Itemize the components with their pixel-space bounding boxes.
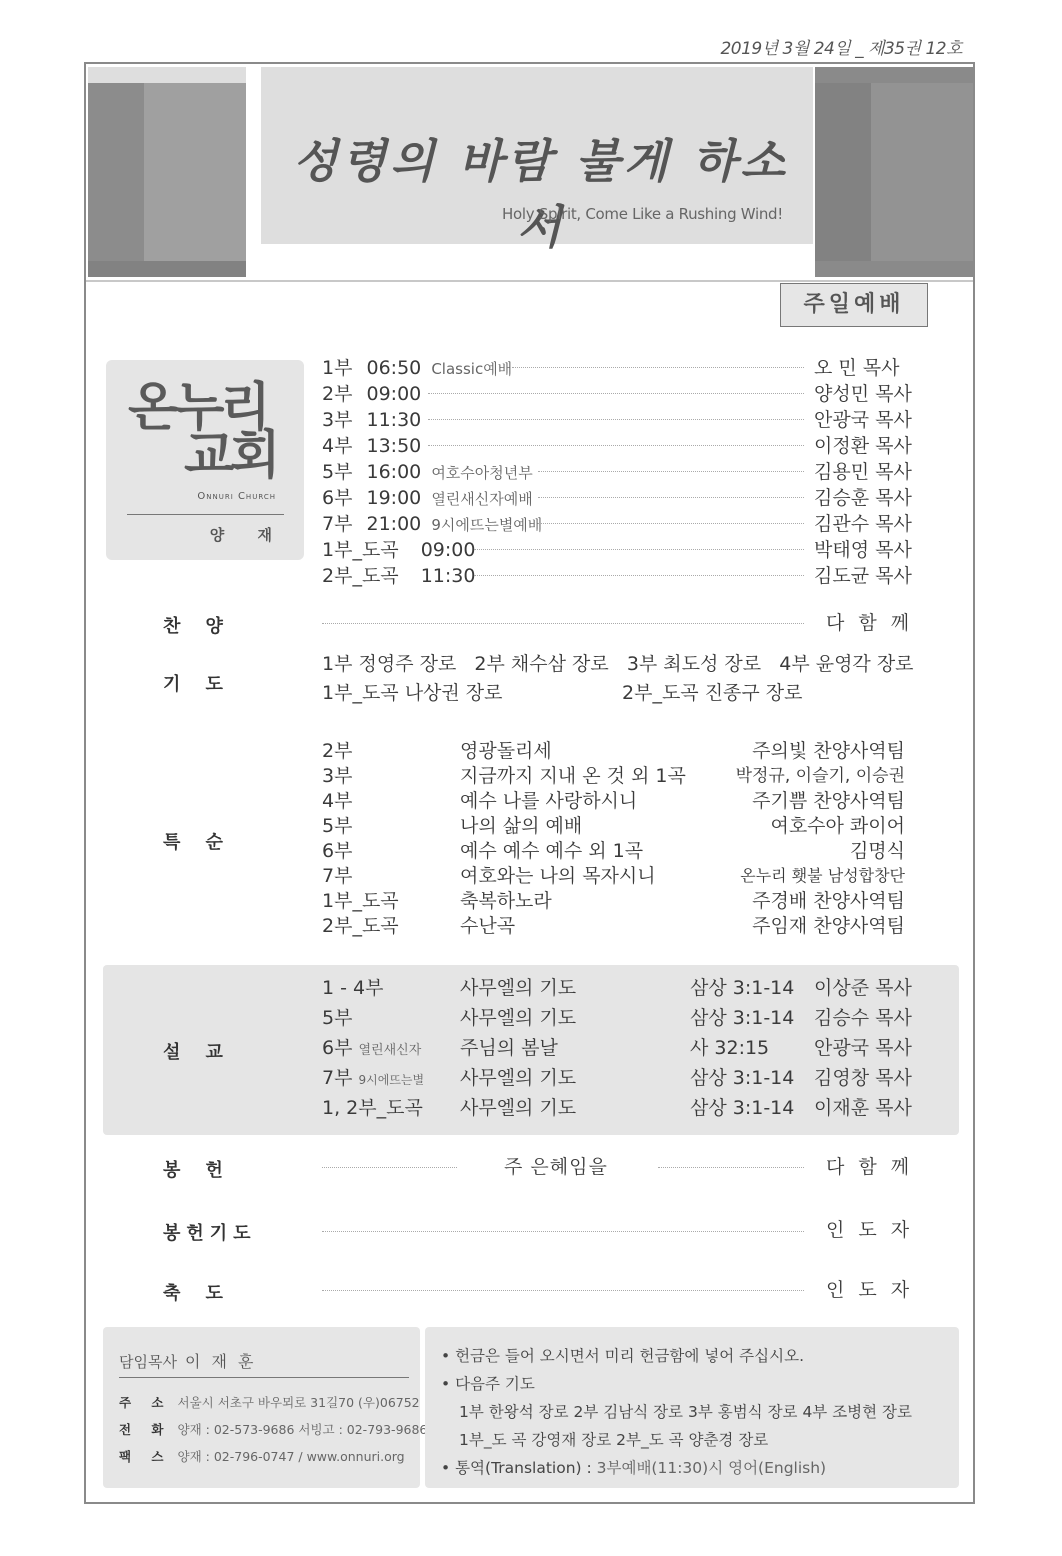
sermon-scripture: 사 32:15 (690, 1036, 769, 1060)
issue-date-line: 2019년 3월 24일 _ 제35권 12호 (720, 34, 962, 59)
special-performer: 주경배 찬양사역팀 (752, 889, 905, 913)
notice-next-prayer: • 다음주 기도 (441, 1372, 535, 1394)
benediction-value: 인 도 자 (826, 1278, 913, 1302)
prayer-line1: 1부 정영주 장로 2부 채수삼 장로 3부 최도성 장로 4부 윤영각 장로 (322, 652, 914, 676)
address-row: 주 소서울시 서초구 바우뫼로 31길70 (우)06752 (119, 1393, 420, 1411)
special-performer: 여호수아 콰이어 (770, 814, 905, 838)
special-part: 2부_도곡 (322, 914, 399, 938)
service-part: 5부 (322, 461, 352, 483)
service-row: 5부 16:00 여호수아청년부 (322, 460, 533, 485)
offering-value: 다 함 께 (826, 1155, 913, 1179)
service-note: 9시에뜨는별예배 (431, 516, 542, 534)
sermon-label: 설 교 (163, 1038, 223, 1064)
service-pastor: 박태영 목사 (814, 538, 912, 562)
offering-hymn: 주 은혜임을 (504, 1155, 608, 1179)
service-time: 21:00 (367, 513, 422, 535)
section-tab-sunday-worship: 주일예배 (780, 283, 928, 327)
special-title: 지금까지 지내 온 것 외 1곡 (460, 764, 686, 788)
service-pastor: 김승훈 목사 (814, 486, 912, 510)
prayer-label: 기 도 (163, 670, 223, 696)
special-performer: 주의빛 찬양사역팀 (752, 739, 905, 763)
sermon-preacher: 김영창 목사 (814, 1066, 912, 1090)
notice-translation: • 통역(Translation) : 3부예배(11:30)시 영어(Engl… (441, 1456, 826, 1478)
info-divider (119, 1377, 409, 1378)
sermon-title: 사무엘의 기도 (460, 1066, 576, 1090)
sermon-scripture: 삼상 3:1-14 (690, 1066, 794, 1090)
phone-row: 전 화양재 : 02-573-9686 서빙고 : 02-793-9686 (119, 1420, 427, 1438)
header-banner: 성령의 바람 불게 하소서 Holy Spirit, Come Like a R… (261, 67, 813, 244)
special-title: 예수 나를 사랑하시니 (460, 789, 637, 813)
sermon-title: 주님의 봄날 (460, 1036, 558, 1060)
special-part: 6부 (322, 839, 352, 863)
service-note: Classic예배 (431, 360, 512, 378)
service-row: 7부 21:00 9시에뜨는별예배 (322, 512, 542, 537)
sermon-title: 사무엘의 기도 (460, 1006, 576, 1030)
special-part: 3부 (322, 764, 352, 788)
sermon-scripture: 삼상 3:1-14 (690, 976, 794, 1000)
service-time: 19:00 (367, 487, 422, 509)
special-title: 나의 삶의 예배 (460, 814, 582, 838)
logo-english: Onnuri Church (197, 491, 276, 502)
next-prayer-line1: 1부 한왕석 장로 2부 김남식 장로 3부 홍범식 장로 4부 조병현 장로 (459, 1400, 912, 1422)
special-part: 4부 (322, 789, 352, 813)
service-time: 09:00 (367, 383, 422, 405)
service-part: 6부 (322, 487, 352, 509)
header-decor-right (815, 67, 973, 277)
sermon-preacher: 이재훈 목사 (814, 1096, 912, 1120)
prayer-line2b: 2부_도곡 진종구 장로 (622, 681, 803, 705)
sermon-part: 7부 9시에뜨는별 (322, 1066, 424, 1092)
special-part: 2부 (322, 739, 352, 763)
special-label: 특 순 (163, 828, 223, 854)
service-row: 2부 09:00 (322, 382, 421, 406)
special-part: 1부_도곡 (322, 889, 399, 913)
sermon-title: 사무엘의 기도 (460, 976, 576, 1000)
service-part: 3부 (322, 409, 352, 431)
special-performer: 주기쁨 찬양사역팀 (752, 789, 905, 813)
service-pastor: 김도균 목사 (814, 564, 912, 588)
service-row: 3부 11:30 (322, 408, 421, 432)
service-pastor: 이정환 목사 (814, 434, 912, 458)
sermon-part: 1, 2부_도곡 (322, 1096, 423, 1120)
sermon-part: 6부 열린새신자 (322, 1036, 421, 1063)
special-title: 축복하노라 (460, 889, 552, 913)
service-row: 6부 19:00 열린새신자예배 (322, 486, 533, 511)
special-title: 수난곡 (460, 914, 515, 938)
banner-subtitle: Holy Spirit, Come Like a Rushing Wind! (502, 205, 783, 223)
header-divider (86, 280, 973, 282)
sermon-part: 1 - 4부 (322, 976, 383, 1000)
special-title: 영광돌리세 (460, 739, 552, 763)
offering-prayer-label: 봉헌기도 (163, 1219, 257, 1245)
notice-offering: • 헌금은 들어 오시면서 미리 헌금함에 넣어 주십시오. (441, 1344, 804, 1366)
special-title: 예수 예수 예수 외 1곡 (460, 839, 643, 863)
praise-value: 다 함 께 (826, 611, 913, 635)
service-part: 4부 (322, 435, 352, 457)
service-part: 1부 (322, 357, 352, 379)
service-time: 09:00 (421, 539, 476, 561)
service-pastor: 김용민 목사 (814, 460, 912, 484)
logo-divider (127, 514, 284, 515)
sermon-scripture: 삼상 3:1-14 (690, 1096, 794, 1120)
fax-row: 팩 스양재 : 02-796-0747 / www.onnuri.org (119, 1447, 405, 1465)
notice-box: • 헌금은 들어 오시면서 미리 헌금함에 넣어 주십시오. • 다음주 기도 … (425, 1327, 959, 1488)
service-note: 여호수아청년부 (431, 464, 532, 482)
header-decor-left (88, 67, 246, 277)
service-row: 4부 13:50 (322, 434, 421, 458)
senior-pastor: 담임목사이 재 훈 (119, 1349, 257, 1372)
prayer-line2a: 1부_도곡 나상권 장로 (322, 681, 503, 705)
next-prayer-line2: 1부_도 곡 강영재 장로 2부_도 곡 양춘경 장로 (459, 1428, 768, 1450)
service-time: 11:30 (367, 409, 422, 431)
sermon-preacher: 안광국 목사 (814, 1036, 912, 1060)
special-performer: 주임재 찬양사역팀 (752, 914, 905, 938)
service-pastor: 양성민 목사 (814, 382, 912, 406)
sermon-preacher: 이상준 목사 (814, 976, 912, 1000)
special-performer: 온누리 횃불 남성합창단 (740, 864, 905, 888)
service-part: 2부 (322, 383, 352, 405)
logo-text-line2: 교회 (184, 430, 276, 482)
offering-prayer-value: 인 도 자 (826, 1218, 913, 1242)
benediction-label: 축 도 (163, 1279, 223, 1305)
service-row: 2부_도곡 11:30 (322, 564, 475, 588)
church-logo: 온누리 교회 Onnuri Church 양 재 (106, 360, 304, 560)
sermon-preacher: 김승수 목사 (814, 1006, 912, 1030)
special-title: 여호와는 나의 목자시니 (460, 864, 656, 888)
church-info-box: 담임목사이 재 훈 주 소서울시 서초구 바우뫼로 31길70 (우)06752… (103, 1327, 420, 1488)
special-performer: 박정규, 이슬기, 이승권 (736, 764, 905, 788)
service-row: 1부 06:50 Classic예배 (322, 356, 512, 381)
sermon-title: 사무엘의 기도 (460, 1096, 576, 1120)
logo-branch: 양 재 (210, 524, 272, 545)
service-pastor: 오 민 목사 (814, 356, 900, 380)
service-pastor: 안광국 목사 (814, 408, 912, 432)
praise-label: 찬 양 (163, 612, 223, 638)
service-part: 7부 (322, 513, 352, 535)
service-pastor: 김관수 목사 (814, 512, 912, 536)
service-note: 열린새신자예배 (431, 490, 532, 508)
service-time: 11:30 (421, 565, 476, 587)
service-time: 13:50 (367, 435, 422, 457)
service-time: 16:00 (367, 461, 422, 483)
special-performer: 김명식 (850, 839, 905, 863)
offering-label: 봉 헌 (163, 1156, 223, 1182)
service-time: 06:50 (367, 357, 422, 379)
service-part: 2부_도곡 (322, 565, 399, 587)
sermon-scripture: 삼상 3:1-14 (690, 1006, 794, 1030)
banner-title: 성령의 바람 불게 하소서 (281, 125, 801, 257)
special-part: 7부 (322, 864, 352, 888)
service-part: 1부_도곡 (322, 539, 399, 561)
special-part: 5부 (322, 814, 352, 838)
sermon-part: 5부 (322, 1006, 352, 1030)
service-row: 1부_도곡 09:00 (322, 538, 475, 562)
